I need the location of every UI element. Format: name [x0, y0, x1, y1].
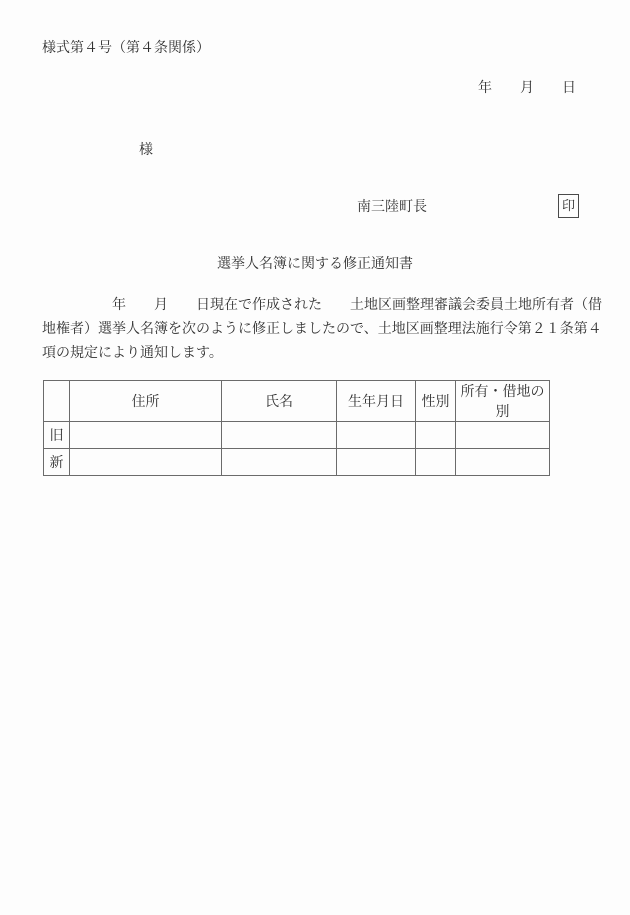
old-address-cell [70, 422, 222, 449]
old-birthdate-cell [337, 422, 416, 449]
document-title: 選挙人名簿に関する修正通知書 [0, 253, 630, 273]
new-address-cell [70, 449, 222, 476]
new-sex-cell [416, 449, 456, 476]
seal-box: 印 [558, 194, 579, 218]
header-cell-row-label [44, 381, 70, 422]
old-name-cell [222, 422, 337, 449]
header-cell-birthdate: 生年月日 [337, 381, 416, 422]
header-cell-sex: 性別 [416, 381, 456, 422]
old-ownership-cell [456, 422, 550, 449]
table-row-old: 旧 [44, 422, 550, 449]
correction-table: 住所 氏名 生年月日 性別 所有・借地の別 旧 新 [43, 380, 550, 476]
header-cell-ownership: 所有・借地の別 [456, 381, 550, 422]
issuer-title: 南三陸町長 [357, 196, 427, 216]
new-birthdate-cell [337, 449, 416, 476]
document-page: 様式第４号（第４条関係） 年 月 日 様 南三陸町長 印 選挙人名簿に関する修正… [0, 0, 630, 915]
row-label-old: 旧 [44, 422, 70, 449]
addressee-suffix: 様 [139, 139, 153, 159]
seal-label: 印 [562, 198, 575, 213]
table-header-row: 住所 氏名 生年月日 性別 所有・借地の別 [44, 381, 550, 422]
body-line-2: 地権者）選挙人名簿を次のように修正しましたので、土地区画整理法施行令第２１条第４ [42, 318, 598, 342]
table-row-new: 新 [44, 449, 550, 476]
row-label-new: 新 [44, 449, 70, 476]
form-number: 様式第４号（第４条関係） [42, 37, 210, 57]
body-line-3: 項の規定により通知します。 [42, 342, 598, 366]
body-paragraph: 年 月 日現在で作成された 土地区画整理審議会委員土地所有者（借 地権者）選挙人… [42, 294, 598, 366]
date-line: 年 月 日 [478, 77, 576, 97]
old-sex-cell [416, 422, 456, 449]
header-cell-name: 氏名 [222, 381, 337, 422]
new-name-cell [222, 449, 337, 476]
new-ownership-cell [456, 449, 550, 476]
header-cell-address: 住所 [70, 381, 222, 422]
body-line-1: 年 月 日現在で作成された 土地区画整理審議会委員土地所有者（借 [42, 294, 598, 318]
